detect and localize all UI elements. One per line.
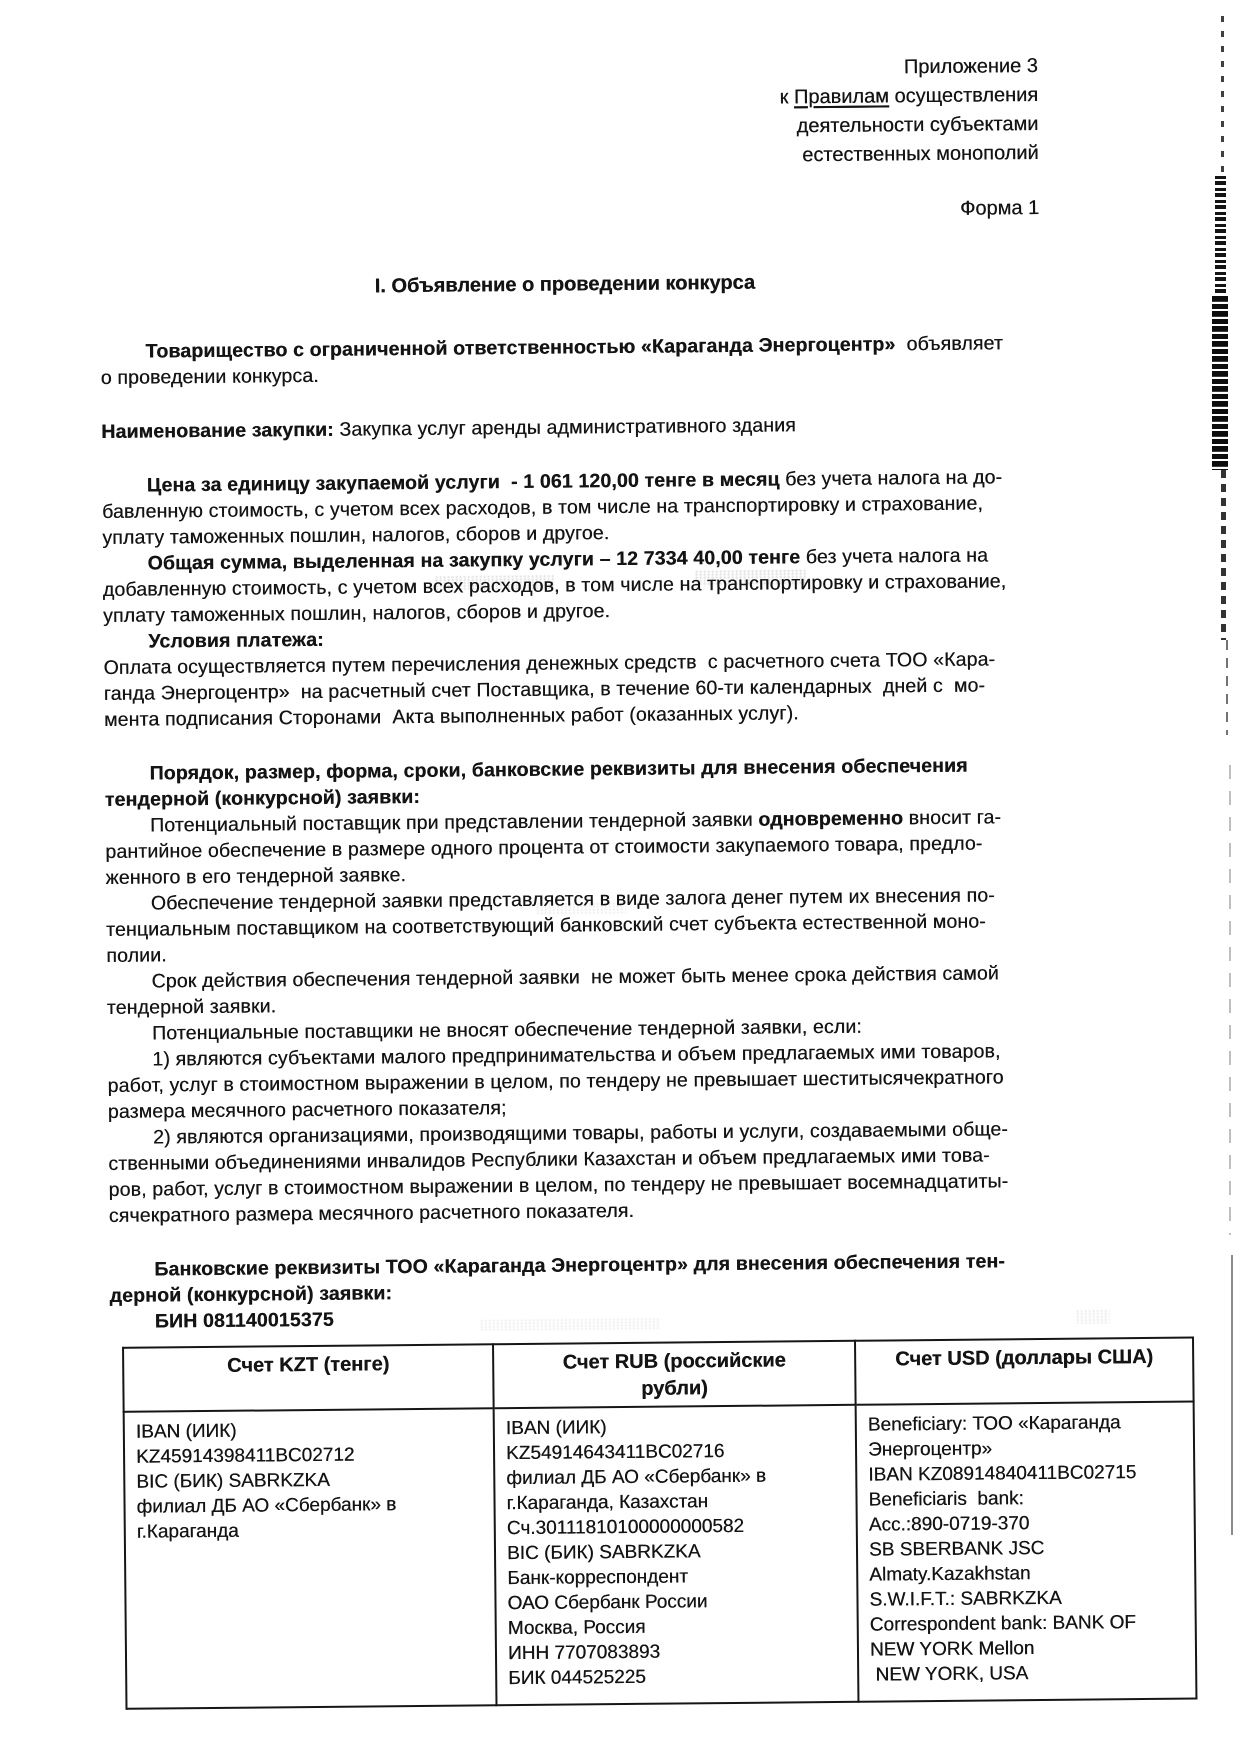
scan-smudge — [480, 1318, 660, 1332]
text-line: Наименование закупки: Закупка услуг арен… — [101, 409, 1151, 445]
bank-table-body-row: IBAN (ИИК)KZ45914398411BC02712BIC (БИК) … — [124, 1402, 1197, 1709]
paragraph-security-item1: 1) являются субъектами малого предприним… — [107, 1037, 1158, 1125]
bank-detail-line: Банк-корреспондент — [507, 1563, 850, 1591]
bold-text-segment: БИН 081140015375 — [155, 1309, 334, 1333]
scan-smudge — [536, 902, 626, 915]
text-segment: тендерной заявки. — [107, 995, 277, 1019]
bank-cell-rub: IBAN (ИИК)KZ54914643411BC02716филиал ДБ … — [494, 1405, 859, 1705]
bank-detail-line: NEW YORK Mellon — [870, 1635, 1189, 1663]
scan-smudge — [1076, 1309, 1110, 1323]
table-header-line: рубли) — [495, 1374, 853, 1404]
text-segment: объявляет — [895, 332, 1003, 355]
appendix-block: Приложение 3 к Правилам осуществления де… — [0, 52, 1039, 233]
bank-detail-line: Beneficiary: ТОО «Караганда — [868, 1410, 1187, 1438]
text-segment: уплату таможенных пошлин, налогов, сборо… — [102, 522, 609, 549]
scanner-edge-artifact — [1215, 176, 1226, 296]
bold-text-segment: тендерной (конкурсной) заявки: — [105, 786, 420, 811]
text-segment: размера месячного расчетного показателя; — [108, 1097, 507, 1123]
text-segment: полии. — [106, 944, 167, 967]
bank-detail-line: Энергоцентр» — [868, 1435, 1187, 1463]
paragraph-unit-price: Цена за единицу закупаемой услуги - 1 06… — [102, 463, 1153, 551]
rules-underlined-text: Правилам — [794, 85, 889, 108]
bank-table-header-row: Счет KZT (тенге) Счет RUB (российскиеруб… — [123, 1338, 1194, 1412]
bank-detail-line: IBAN (ИИК) — [506, 1413, 849, 1441]
bank-detail-line: SB SBERBANK JSC — [869, 1535, 1188, 1563]
bank-detail-line: KZ54914643411BC02716 — [506, 1438, 849, 1466]
scanner-edge-artifact — [1212, 296, 1228, 470]
bank-detail-line: KZ45914398411BC02712 — [136, 1441, 487, 1469]
appendix-text: осуществления — [889, 84, 1038, 107]
page-content: Приложение 3 к Правилам осуществления де… — [0, 0, 1240, 1754]
bank-details-table: Счет KZT (тенге) Счет RUB (российскиеруб… — [122, 1337, 1197, 1710]
scanner-edge-artifact — [1231, 1255, 1233, 1535]
scanner-edge-artifact — [1221, 470, 1226, 640]
scan-smudge — [435, 575, 555, 590]
text-segment: без учета налога на до- — [779, 466, 1002, 490]
text-segment: без учета налога на — [800, 544, 988, 568]
paragraph-intro: Товарищество с ограниченной ответственно… — [100, 329, 1150, 391]
document-body: Товарищество с ограниченной ответственно… — [100, 329, 1160, 1335]
bank-detail-line: г.Караганда, Казахстан — [506, 1488, 849, 1516]
paragraph-security-p1: Потенциальный поставщик при представлени… — [105, 803, 1156, 891]
bank-table-header-usd: Счет USD (доллары США) — [855, 1338, 1194, 1405]
bank-detail-line: NEW YORK, USA — [870, 1660, 1189, 1688]
bold-text-segment: Товарищество с ограниченной ответственно… — [145, 333, 895, 362]
scan-smudge — [695, 569, 807, 586]
bank-detail-line: S.W.I.F.T.: SABRKZKA — [869, 1585, 1188, 1613]
text-segment: женного в его тендерной заявке. — [105, 864, 406, 889]
bank-detail-line: IBAN (ИИК) — [136, 1416, 487, 1444]
text-segment: уплату таможенных пошлин, налогов, сборо… — [103, 600, 610, 627]
text-segment: Потенциальный поставщик при представлени… — [150, 809, 758, 837]
form-label: Форма 1 — [0, 194, 1039, 233]
bank-detail-line: ИНН 7707083893 — [508, 1638, 851, 1666]
bank-detail-line: BIC (БИК) SABRKZKA — [507, 1538, 850, 1566]
text-segment: о проведении конкурса. — [101, 365, 319, 389]
bank-detail-line: Almaty.Kazakhstan — [869, 1560, 1188, 1588]
bank-detail-line: филиал ДБ АО «Сбербанк» в — [506, 1463, 849, 1491]
bank-detail-line: ОАО Сбербанк России — [507, 1588, 850, 1616]
table-header-line: Счет RUB (российские — [495, 1347, 853, 1377]
bank-detail-line: г.Караганда — [137, 1516, 488, 1544]
text-segment: сячекратного размера месячного расчетног… — [109, 1200, 634, 1227]
scanner-edge-artifact — [1221, 16, 1224, 176]
bank-cell-kzt: IBAN (ИИК)KZ45914398411BC02712BIC (БИК) … — [124, 1408, 497, 1709]
appendix-text: к — [779, 86, 794, 108]
paragraph-procurement-name: Наименование закупки: Закупка услуг арен… — [101, 409, 1151, 445]
table-header-line: Счет KZT (тенге) — [125, 1350, 491, 1381]
bank-table-header-kzt: Счет KZT (тенге) — [123, 1344, 494, 1412]
bank-detail-line: IBAN KZ08914840411BC02715 — [868, 1460, 1187, 1488]
bank-detail-line: Москва, Россия — [508, 1613, 851, 1641]
scanner-edge-artifact — [1226, 640, 1228, 735]
bank-detail-line: БИК 044525225 — [508, 1663, 851, 1691]
bank-detail-line: Beneficiaris bank: — [868, 1485, 1187, 1513]
paragraph-payment-terms: Оплата осуществляется путем перечисления… — [103, 645, 1154, 733]
paragraph-security-p2: Обеспечение тендерной заявки представляе… — [106, 881, 1157, 969]
bank-detail-line: Correspondent bank: BANK OF — [870, 1610, 1189, 1638]
paragraph-total-sum: Общая сумма, выделенная на закупку услуг… — [102, 541, 1153, 629]
scanned-page: Приложение 3 к Правилам осуществления де… — [0, 0, 1240, 1754]
bold-text-segment: дерной (конкурсной) заявки: — [109, 1282, 392, 1307]
appendix-text: Приложение 3 — [904, 55, 1038, 78]
bold-text-segment: одновременно — [758, 807, 903, 830]
table-header-line: Счет USD (доллары США) — [857, 1344, 1191, 1374]
bank-table-header-rub: Счет RUB (российскиерубли) — [493, 1341, 856, 1408]
bold-text-segment: Цена за единицу закупаемой услуги - 1 06… — [147, 468, 780, 496]
bold-text-segment: Условия платежа: — [148, 629, 324, 653]
bank-cell-usd: Beneficiary: ТОО «КарагандаЭнергоцентр»I… — [856, 1402, 1197, 1702]
scanner-edge-artifact — [1229, 765, 1231, 1235]
text-segment: вносит га- — [903, 806, 1001, 829]
bank-detail-line: Acc.:890-0719-370 — [869, 1510, 1188, 1538]
document-title: I. Объявление о проведении конкурса — [100, 269, 1030, 301]
bank-detail-line: филиал ДБ АО «Сбербанк» в — [136, 1491, 487, 1519]
bank-detail-line: BIC (БИК) SABRKZKA — [136, 1466, 487, 1494]
text-segment: мента подписания Сторонами Акта выполнен… — [104, 702, 799, 731]
paragraph-security-item2: 2) являются организациями, производящими… — [108, 1115, 1159, 1229]
bold-text-segment: Наименование закупки: — [101, 419, 334, 443]
text-segment: Закупка услуг аренды административного з… — [334, 414, 796, 440]
bank-detail-line: Сч.30111810100000000582 — [507, 1513, 850, 1541]
